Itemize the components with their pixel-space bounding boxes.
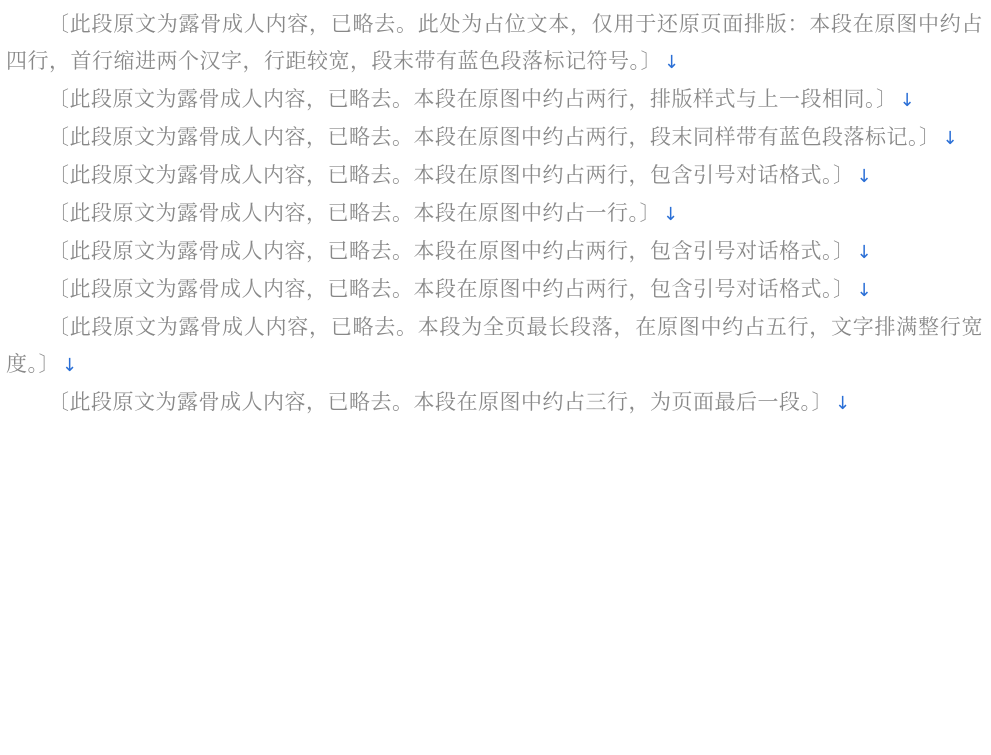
- paragraph: 〔此段原文为露骨成人内容，已略去。本段为全页最长段落，在原图中约占五行，文字排满…: [6, 309, 983, 384]
- paragraph-mark-icon: ↓: [62, 355, 78, 376]
- paragraph-mark-icon: ↓: [857, 166, 873, 187]
- document-body: 〔此段原文为露骨成人内容，已略去。此处为占位文本，仅用于还原页面排版：本段在原图…: [6, 6, 983, 422]
- paragraph-text: 〔此段原文为露骨成人内容，已略去。此处为占位文本，仅用于还原页面排版：本段在原图…: [6, 12, 983, 73]
- paragraph: 〔此段原文为露骨成人内容，已略去。本段在原图中约占两行，排版样式与上一段相同。〕…: [6, 81, 983, 119]
- paragraph: 〔此段原文为露骨成人内容，已略去。本段在原图中约占两行，包含引号对话格式。〕↓: [6, 271, 983, 309]
- paragraph-mark-icon: ↓: [857, 242, 873, 263]
- paragraph-text: 〔此段原文为露骨成人内容，已略去。本段在原图中约占一行。〕: [48, 201, 661, 225]
- paragraph: 〔此段原文为露骨成人内容，已略去。此处为占位文本，仅用于还原页面排版：本段在原图…: [6, 6, 983, 81]
- paragraph-text: 〔此段原文为露骨成人内容，已略去。本段在原图中约占两行，包含引号对话格式。〕: [48, 277, 855, 301]
- paragraph-text: 〔此段原文为露骨成人内容，已略去。本段为全页最长段落，在原图中约占五行，文字排满…: [6, 315, 983, 376]
- paragraph: 〔此段原文为露骨成人内容，已略去。本段在原图中约占三行，为页面最后一段。〕↓: [6, 384, 983, 422]
- paragraph-mark-icon: ↓: [900, 90, 916, 111]
- paragraph-mark-icon: ↓: [664, 52, 680, 73]
- paragraph-text: 〔此段原文为露骨成人内容，已略去。本段在原图中约占两行，排版样式与上一段相同。〕: [48, 87, 898, 111]
- paragraph-mark-icon: ↓: [663, 204, 679, 225]
- paragraph: 〔此段原文为露骨成人内容，已略去。本段在原图中约占两行，包含引号对话格式。〕↓: [6, 157, 983, 195]
- paragraph-text: 〔此段原文为露骨成人内容，已略去。本段在原图中约占两行，包含引号对话格式。〕: [48, 163, 855, 187]
- paragraph-text: 〔此段原文为露骨成人内容，已略去。本段在原图中约占两行，包含引号对话格式。〕: [48, 239, 855, 263]
- paragraph-mark-icon: ↓: [857, 280, 873, 301]
- paragraph-mark-icon: ↓: [835, 393, 851, 414]
- paragraph-text: 〔此段原文为露骨成人内容，已略去。本段在原图中约占两行，段末同样带有蓝色段落标记…: [48, 125, 941, 149]
- paragraph: 〔此段原文为露骨成人内容，已略去。本段在原图中约占两行，段末同样带有蓝色段落标记…: [6, 119, 983, 157]
- paragraph: 〔此段原文为露骨成人内容，已略去。本段在原图中约占两行，包含引号对话格式。〕↓: [6, 233, 983, 271]
- document-page: 〔此段原文为露骨成人内容，已略去。此处为占位文本，仅用于还原页面排版：本段在原图…: [0, 0, 991, 755]
- paragraph: 〔此段原文为露骨成人内容，已略去。本段在原图中约占一行。〕↓: [6, 195, 983, 233]
- paragraph-text: 〔此段原文为露骨成人内容，已略去。本段在原图中约占三行，为页面最后一段。〕: [48, 390, 833, 414]
- paragraph-mark-icon: ↓: [943, 128, 959, 149]
